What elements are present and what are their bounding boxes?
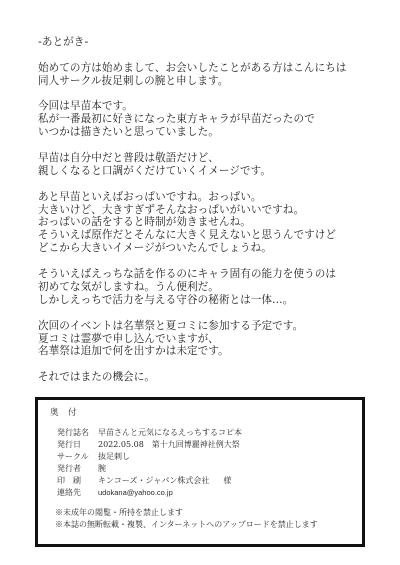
text-line: どこから大きいイメージがついたんでしょうね。 bbox=[38, 242, 378, 255]
text-line: いつかは描きたいと思っていました。 bbox=[38, 126, 378, 139]
colophon-row-circle: サークル 抜足刺し bbox=[57, 451, 242, 463]
row-label: 発行者 bbox=[57, 463, 98, 475]
row-value-suffix: 様 bbox=[223, 475, 231, 487]
text-line: しかしえっちで活力を与える守谷の秘術とは一体…。 bbox=[38, 294, 378, 307]
note-age-restriction: ※未成年の閲覧・所持を禁止します bbox=[55, 507, 318, 519]
note-reproduction-prohibited: ※本誌の無断転載・複製、インターネットへのアップロードを禁止します bbox=[55, 519, 318, 531]
colophon-box: 奥 付 発行誌名 早苗さんと元気になるえっちするコピ本 発行日 2022.05.… bbox=[35, 397, 365, 547]
afterword-paragraph-design: あと早苗といえばおっぱいですね。おっぱい。 大きいけど、大きすぎずそんなおっぱい… bbox=[38, 191, 378, 255]
row-value: 抜足刺し bbox=[98, 451, 130, 463]
colophon-row-contact: 連絡先 udokana@yahoo.co.jp bbox=[57, 487, 242, 499]
document-page: -あとがき- 始めての方は始めまして、お会いしたことがある方はこんにちは 同人サ… bbox=[0, 0, 400, 565]
row-value: 腕 bbox=[98, 463, 106, 475]
afterword-paragraph-closing: それではまたの機会に。 bbox=[38, 371, 378, 384]
row-value: 早苗さんと元気になるえっちするコピ本 bbox=[98, 427, 242, 439]
text-line: あと早苗といえばおっぱいですね。おっぱい。 bbox=[38, 191, 378, 204]
row-label: 発行日 bbox=[57, 439, 98, 451]
afterword-paragraph-greeting: 始めての方は始めまして、お会いしたことがある方はこんにちは 同人サークル抜足刺し… bbox=[38, 62, 378, 88]
text-line: 大きいけど、大きすぎずそんなおっぱいがいいですね。 bbox=[38, 204, 378, 217]
text-line: それではまたの機会に。 bbox=[38, 371, 378, 384]
afterword-paragraph-events: 次回のイベントは名華祭と夏コミに参加する予定です。 夏コミは霊夢で申し込んでいま… bbox=[38, 320, 378, 359]
text-line: 早苗は自分中だと普段は敬語だけど、 bbox=[38, 152, 378, 165]
colophon-rows: 発行誌名 早苗さんと元気になるえっちするコピ本 発行日 2022.05.08 第… bbox=[57, 427, 242, 499]
text-line: そういえばえっちな話を作るのにキャラ固有の能力を使うのは bbox=[38, 268, 378, 281]
text-line: そういえば原作だとそんなに大きく見えないと思うんですけど bbox=[38, 229, 378, 242]
text-line: 夏コミは霊夢で申し込んでいますが、 bbox=[38, 333, 378, 346]
row-value: 2022.05.08 第十九回博麗神社例大祭 bbox=[98, 439, 240, 451]
contact-email: udokana@yahoo.co.jp bbox=[98, 487, 173, 499]
text-line: 名華祭は追加で何を出すかは未定です。 bbox=[38, 345, 378, 358]
afterword-heading: -あとがき- bbox=[38, 36, 378, 49]
row-label: サークル bbox=[57, 451, 98, 463]
colophon-row-printer: 印 刷 キンコーズ・ジャパン株式会社 様 bbox=[57, 475, 242, 487]
text-line: 私が一番最初に好きになった東方キャラが早苗だったので bbox=[38, 113, 378, 126]
afterword-paragraph-topic: 今回は早苗本です。 私が一番最初に好きになった東方キャラが早苗だったので いつか… bbox=[38, 100, 378, 139]
colophon-row-publication-title: 発行誌名 早苗さんと元気になるえっちするコピ本 bbox=[57, 427, 242, 439]
text-line: 始めての方は始めまして、お会いしたことがある方はこんにちは bbox=[38, 62, 378, 75]
text-line: 同人サークル抜足刺しの腕と申します。 bbox=[38, 75, 378, 88]
text-line: 今回は早苗本です。 bbox=[38, 100, 378, 113]
colophon-row-publish-date: 発行日 2022.05.08 第十九回博麗神社例大祭 bbox=[57, 439, 242, 451]
row-label: 印 刷 bbox=[57, 475, 98, 487]
text-line: 親しくなると口調がくだけていくイメージです。 bbox=[38, 165, 378, 178]
row-label: 連絡先 bbox=[57, 487, 98, 499]
text-line: 初めてな気がしますね。うん便利だ。 bbox=[38, 281, 378, 294]
afterword-section: -あとがき- 始めての方は始めまして、お会いしたことがある方はこんにちは 同人サ… bbox=[38, 36, 378, 397]
colophon-notes: ※未成年の閲覧・所持を禁止します ※本誌の無断転載・複製、インターネットへのアッ… bbox=[55, 507, 318, 531]
text-line: おっぱいの話をすると時制が効きませんね。 bbox=[38, 216, 378, 229]
afterword-paragraph-character: 早苗は自分中だと普段は敬語だけど、 親しくなると口調がくだけていくイメージです。 bbox=[38, 152, 378, 178]
row-value: キンコーズ・ジャパン株式会社 bbox=[98, 475, 209, 487]
colophon-title: 奥 付 bbox=[50, 408, 77, 418]
colophon-row-publisher: 発行者 腕 bbox=[57, 463, 242, 475]
afterword-paragraph-story: そういえばえっちな話を作るのにキャラ固有の能力を使うのは 初めてな気がしますね。… bbox=[38, 268, 378, 307]
text-line: 次回のイベントは名華祭と夏コミに参加する予定です。 bbox=[38, 320, 378, 333]
row-label: 発行誌名 bbox=[57, 427, 98, 439]
